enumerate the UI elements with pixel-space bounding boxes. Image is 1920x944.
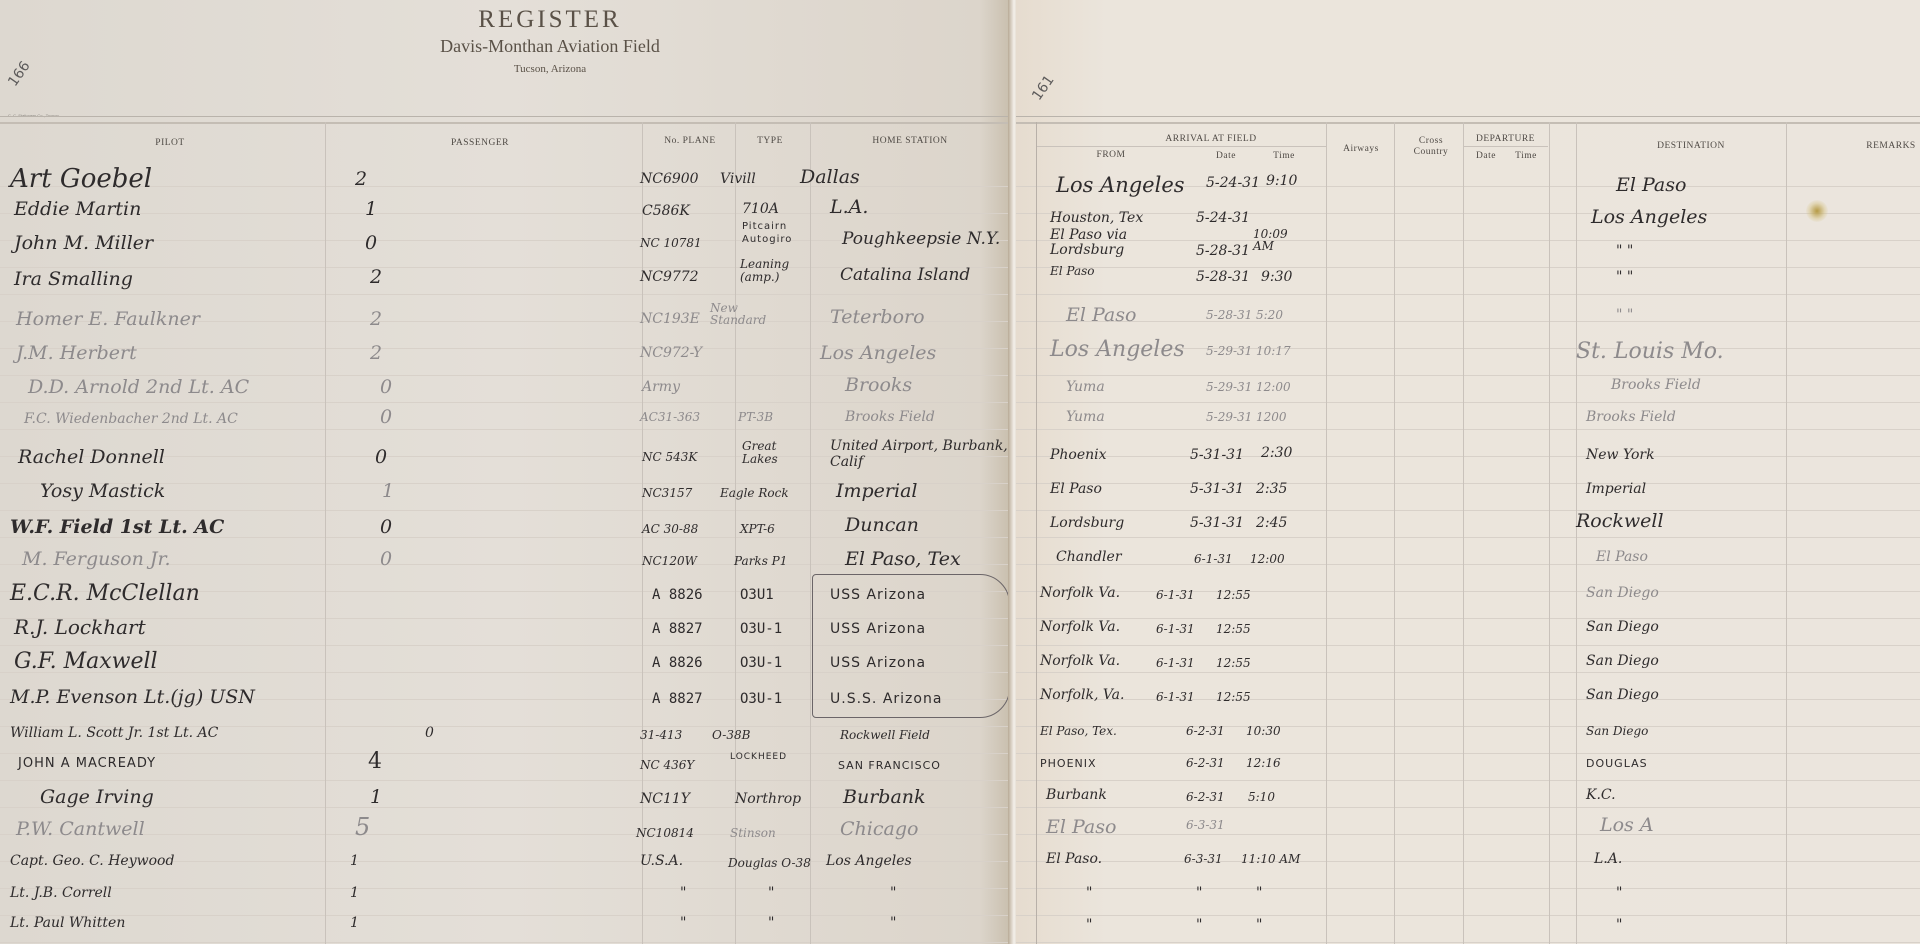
destination: New York (1586, 442, 1655, 469)
home-station: El Paso, Tex (845, 546, 961, 573)
destination: San Diego (1586, 682, 1659, 709)
plane-type: " (768, 880, 774, 907)
pilot-name: J.M. Herbert (16, 340, 137, 367)
destination: " " (1616, 264, 1633, 291)
plane-type: O3U-1 (740, 616, 782, 643)
pilot-name: JOHN A MACREADY (18, 750, 156, 777)
passenger-count: 0 (425, 720, 434, 747)
pilot-name: Yosy Mastick (40, 478, 165, 505)
register-location: Tucson, Arizona (340, 63, 760, 75)
arrival-date: 5-31-31 (1190, 442, 1244, 469)
col-divider (1549, 122, 1550, 944)
arrival-date: 6-3-31 (1186, 812, 1225, 839)
pilot-name: M. Ferguson Jr. (22, 546, 171, 573)
arrival-time: 1200 (1256, 404, 1287, 431)
header-rule (1016, 116, 1920, 124)
plane-number: AC31-363 (640, 404, 700, 431)
destination: " (1616, 912, 1622, 939)
destination: El Paso (1616, 172, 1686, 199)
arrival-from: El Paso (1050, 258, 1094, 285)
pilot-name: D.D. Arnold 2nd Lt. AC (28, 374, 249, 401)
destination: Los A (1600, 812, 1654, 839)
plane-type: 710A (742, 196, 779, 223)
register-header: REGISTER Davis-Monthan Aviation Field Tu… (340, 6, 760, 75)
home-station: United Airport, Burbank, Calif (830, 438, 1010, 470)
arrival-from: Norfolk Va. (1040, 648, 1120, 675)
home-station: U.S.S. Arizona (830, 686, 942, 713)
arrival-from: Yuma (1066, 404, 1105, 431)
home-station: L.A. (830, 194, 868, 221)
arrival-time: 12:55 (1216, 616, 1251, 643)
header-pilot: PILOT (130, 138, 210, 148)
arrival-date: 5-24-31 (1196, 205, 1250, 232)
header-passenger: PASSENGER (430, 138, 530, 148)
pilot-name: W.F. Field 1st Lt. AC (10, 514, 224, 541)
home-station: " (890, 880, 896, 907)
plane-number: NC9772 (640, 264, 699, 291)
destination: Imperial (1586, 476, 1646, 503)
destination: San Diego (1586, 580, 1659, 607)
plane-number: NC 10781 (640, 230, 702, 257)
plane-type: O3U-1 (740, 650, 782, 677)
plane-number: NC972-Y (640, 340, 702, 367)
arrival-time: 12:16 (1246, 750, 1281, 777)
plane-type: O3U-1 (740, 686, 782, 713)
arrival-from: Norfolk Va. (1040, 580, 1120, 607)
pilot-name: Homer E. Faulkner (16, 306, 200, 333)
arrival-time: 9:10 (1266, 168, 1297, 195)
arrival-time: 2:30 (1261, 440, 1292, 467)
header-airways: Airways (1336, 144, 1386, 154)
arrival-date: 5-28-31 (1206, 302, 1252, 329)
home-station: " (890, 910, 896, 937)
header-type: TYPE (745, 136, 795, 146)
plane-number: AC 30-88 (642, 516, 698, 543)
arrival-time: 9:30 (1261, 264, 1292, 291)
pilot-name: Capt. Geo. C. Heywood (10, 848, 174, 875)
arrival-time: " (1256, 880, 1262, 907)
home-station: Imperial (836, 478, 918, 505)
arrival-from: Burbank (1046, 782, 1107, 809)
home-station: Duncan (845, 512, 919, 539)
header-divider (1036, 146, 1326, 147)
header-home-station: HOME STATION (855, 136, 965, 146)
pilot-name: Eddie Martin (14, 196, 141, 223)
plane-number: U.S.A. (640, 848, 683, 875)
pilot-name: Art Goebel (10, 166, 152, 193)
passenger-count: 0 (380, 514, 392, 541)
arrival-from: El Paso (1050, 476, 1102, 503)
col-divider (1786, 122, 1787, 944)
destination: K.C. (1586, 782, 1616, 809)
arrival-date: 5-29-31 (1206, 338, 1252, 365)
left-page: 166 REGISTER Davis-Monthan Aviation Fiel… (0, 0, 1010, 944)
arrival-from: Norfolk Va. (1040, 614, 1120, 641)
pilot-name: Ira Smalling (14, 266, 133, 293)
header-cross-country: Cross Country (1406, 136, 1456, 158)
arrival-time: " (1256, 912, 1262, 939)
plane-number: A 8827 (652, 686, 703, 713)
plane-number: " (680, 910, 686, 937)
arrival-time: 2:35 (1256, 476, 1287, 503)
destination: Brooks Field (1586, 404, 1676, 431)
register-subtitle: Davis-Monthan Aviation Field (340, 36, 760, 57)
home-station: Burbank (843, 784, 926, 811)
pilot-name: Lt. J.B. Correll (10, 880, 112, 907)
plane-type: Vivill (720, 166, 756, 193)
passenger-count: 1 (382, 478, 394, 505)
passenger-count: 2 (370, 306, 382, 333)
destination: " " (1616, 238, 1633, 265)
ink-stain (1806, 200, 1828, 222)
arrival-time: 5:20 (1256, 302, 1283, 329)
destination: San Diego (1586, 718, 1648, 745)
arrival-time: 11:10 AM (1241, 846, 1300, 873)
plane-type: New Standard (710, 302, 780, 326)
plane-type: Eagle Rock (720, 480, 789, 507)
arrival-date: 6-2-31 (1186, 784, 1225, 811)
passenger-count: 0 (365, 230, 377, 257)
passenger-count: 4 (368, 748, 382, 775)
plane-number: NC10814 (636, 820, 694, 847)
arrival-time: 5:10 (1248, 784, 1275, 811)
plane-type: XPT-6 (740, 516, 775, 543)
destination: San Diego (1586, 648, 1659, 675)
passenger-count: 2 (355, 166, 367, 193)
plane-number: NC120W (642, 548, 697, 575)
left-page-number: 166 (5, 58, 33, 89)
destination: El Paso (1596, 544, 1648, 571)
arrival-from: PHOENIX (1040, 750, 1097, 777)
passenger-count: 5 (355, 814, 370, 841)
pilot-name: P.W. Cantwell (16, 816, 145, 843)
pilot-name: William L. Scott Jr. 1st Lt. AC (10, 720, 218, 747)
header-arrival-group: ARRIVAL AT FIELD (1136, 134, 1286, 144)
register-title: REGISTER (340, 6, 760, 34)
plane-type: " (768, 910, 774, 937)
header-no-plane: No. PLANE (650, 136, 730, 146)
arrival-from: " (1086, 880, 1092, 907)
arrival-date: 5-24-31 (1206, 170, 1260, 197)
plane-number: NC3157 (642, 480, 692, 507)
home-station: Brooks Field (845, 404, 935, 431)
passenger-count: 1 (365, 196, 377, 223)
home-station: Los Angeles (820, 340, 936, 367)
arrival-date: 5-31-31 (1190, 510, 1244, 537)
arrival-from: Norfolk, Va. (1040, 682, 1124, 709)
home-station: Teterboro (830, 304, 925, 331)
arrival-date: 5-29-31 (1206, 404, 1252, 431)
plane-type: Douglas O-38 (728, 850, 811, 877)
destination: St. Louis Mo. (1576, 338, 1724, 365)
arrival-time: 12:55 (1216, 650, 1251, 677)
destination: " (1616, 880, 1622, 907)
arrival-from: El Paso, Tex. (1040, 718, 1117, 745)
arrival-date: 6-1-31 (1194, 546, 1233, 573)
plane-type: PT-3B (738, 404, 773, 431)
home-station: USS Arizona (830, 650, 926, 677)
pilot-name: F.C. Wiedenbacher 2nd Lt. AC (24, 406, 238, 433)
passenger-count: 0 (380, 404, 392, 431)
destination: Los Angeles (1591, 204, 1707, 231)
plane-number: Army (642, 374, 680, 401)
arrival-time: 12:55 (1216, 582, 1251, 609)
home-station: Catalina Island (840, 262, 970, 289)
passenger-count: 0 (380, 374, 392, 401)
arrival-from: Chandler (1056, 544, 1122, 571)
arrival-time: 10:17 (1256, 338, 1291, 365)
col-divider (1394, 122, 1395, 944)
col-divider (325, 122, 326, 944)
arrival-from: El Paso via Lordsburg (1050, 228, 1190, 258)
arrival-date: 6-1-31 (1156, 650, 1195, 677)
plane-number: NC11Y (640, 786, 690, 813)
home-station: Los Angeles (826, 848, 912, 875)
plane-number: " (680, 880, 686, 907)
arrival-date: 6-3-31 (1184, 846, 1223, 873)
passenger-count: 0 (380, 546, 392, 573)
pilot-name: John M. Miller (14, 230, 153, 257)
passenger-count: 1 (350, 848, 359, 875)
pilot-name: Rachel Donnell (18, 444, 165, 471)
destination: DOUGLAS (1586, 750, 1648, 777)
passenger-count: 0 (375, 444, 387, 471)
plane-number: C586K (642, 198, 690, 225)
header-remarks: REMARKS (1856, 141, 1920, 151)
home-station: Poughkeepsie N.Y. (842, 226, 1000, 253)
pilot-name: Gage Irving (40, 784, 154, 811)
header-from: FROM (1086, 150, 1136, 160)
plane-number: A 8826 (652, 582, 703, 609)
plane-type: Leaning (amp.) (740, 258, 800, 284)
destination: Rockwell (1576, 508, 1664, 535)
plane-type: O3U1 (740, 582, 774, 609)
plane-number: A 8827 (652, 616, 703, 643)
plane-number: NC 543K (642, 444, 697, 471)
pilot-name: R.J. Lockhart (14, 614, 146, 641)
home-station: Dallas (800, 164, 860, 191)
plane-type: Great Lakes (742, 440, 802, 466)
passenger-count: 1 (370, 784, 382, 811)
home-station: USS Arizona (830, 616, 926, 643)
plane-type: Northrop (735, 786, 801, 813)
passenger-count: 1 (350, 910, 359, 937)
passenger-count: 2 (370, 264, 382, 291)
arrival-from: El Paso (1066, 302, 1136, 329)
plane-type: Stinson (730, 820, 776, 847)
arrival-date: 5-28-31 (1196, 238, 1250, 265)
col-divider (1326, 122, 1327, 944)
destination: Brooks Field (1611, 372, 1701, 399)
destination: L.A. (1594, 846, 1622, 873)
home-station: Chicago (840, 816, 918, 843)
header-rule (0, 116, 1010, 124)
arrival-time: 12:00 (1250, 546, 1285, 573)
col-divider (1036, 122, 1037, 944)
arrival-from: El Paso. (1046, 846, 1102, 873)
arrival-date: 6-2-31 (1186, 750, 1225, 777)
arrival-from: " (1086, 912, 1092, 939)
passenger-count: 2 (370, 340, 382, 367)
plane-number: NC 436Y (640, 752, 694, 779)
arrival-date: 5-28-31 (1196, 264, 1250, 291)
arrival-from: Lordsburg (1050, 510, 1124, 537)
header-destination: DESTINATION (1636, 141, 1746, 151)
arrival-date: 5-29-31 (1206, 374, 1252, 401)
arrival-from: El Paso (1046, 814, 1116, 841)
col-divider (1463, 122, 1464, 944)
arrival-date: 6-1-31 (1156, 582, 1195, 609)
home-station: USS Arizona (830, 582, 926, 609)
arrival-date: 6-2-31 (1186, 718, 1225, 745)
pilot-name: M.P. Evenson Lt.(jg) USN (10, 684, 255, 711)
destination: San Diego (1586, 614, 1659, 641)
home-station: SAN FRANCISCO (838, 752, 941, 779)
arrival-time: 10:30 (1246, 718, 1281, 745)
right-page: 161 ARRIVAL AT FIELD FROM Date Time Airw… (1016, 0, 1920, 944)
header-departure-group: DEPARTURE (1468, 134, 1543, 144)
plane-type: Parks P1 (734, 548, 787, 575)
plane-number: A 8826 (652, 650, 703, 677)
arrival-date: " (1196, 912, 1202, 939)
arrival-date: 6-1-31 (1156, 616, 1195, 643)
plane-type: Pitcairn Autogiro (742, 220, 812, 246)
arrival-time: 10:09 AM (1253, 228, 1287, 252)
header-divider (1463, 146, 1548, 147)
arrival-time: 12:00 (1256, 374, 1291, 401)
passenger-count: 1 (350, 880, 359, 907)
arrival-time: 12:55 (1216, 684, 1251, 711)
home-station: Rockwell Field (840, 722, 930, 749)
ruled-lines (1016, 160, 1920, 944)
pilot-name: Lt. Paul Whitten (10, 910, 125, 937)
plane-number: 31-413 (640, 722, 682, 749)
arrival-from: Los Angeles (1050, 336, 1185, 363)
pilot-name: G.F. Maxwell (14, 648, 158, 675)
right-page-number: 161 (1029, 72, 1057, 103)
arrival-from: Yuma (1066, 374, 1105, 401)
arrival-from: Phoenix (1050, 442, 1107, 469)
home-station: Brooks (845, 372, 912, 399)
plane-type: LOCKHEED (730, 744, 787, 771)
arrival-date: 5-31-31 (1190, 476, 1244, 503)
destination: " " (1616, 302, 1633, 329)
arrival-from: Los Angeles (1056, 172, 1185, 199)
arrival-date: 6-1-31 (1156, 684, 1195, 711)
plane-number: NC193E (640, 306, 700, 333)
pilot-name: E.C.R. McClellan (10, 580, 200, 607)
arrival-time: 2:45 (1256, 510, 1287, 537)
plane-number: NC6900 (640, 166, 699, 193)
arrival-date: " (1196, 880, 1202, 907)
